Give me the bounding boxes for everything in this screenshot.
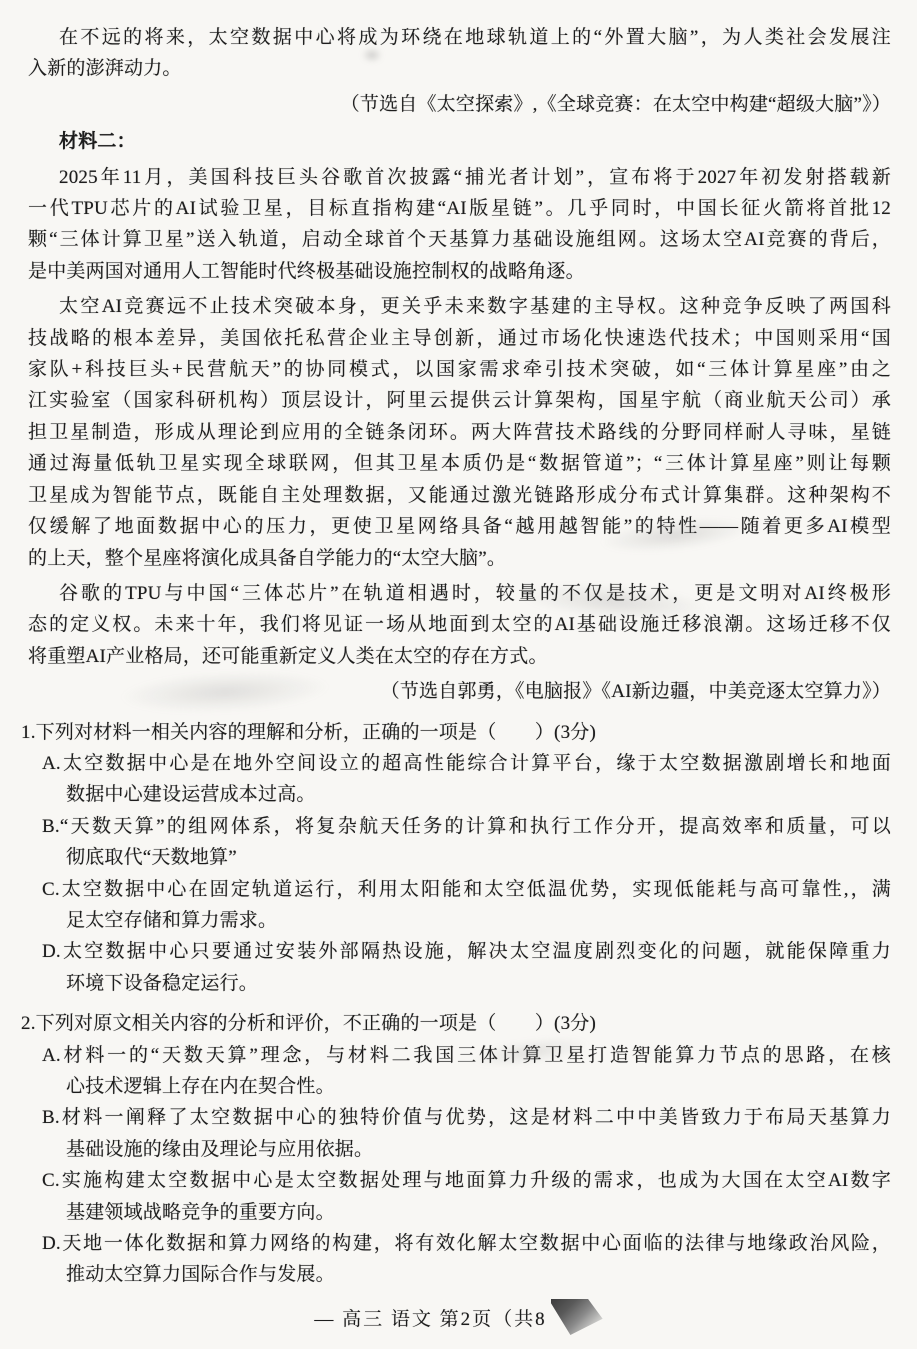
block-source: （节选自郭勇，《电脑报》《AI新边疆，中美竞逐太空算力》）	[28, 676, 891, 707]
option-line: 推动太空算力国际合作与发展。	[28, 1259, 891, 1290]
paragraph-line: 的上天，整个星座将演化成具备自学能力的“太空大脑”。	[28, 543, 891, 574]
paragraph-line: 将重塑AI产业格局，还可能重新定义人类在太空的存在方式。	[28, 641, 891, 672]
paragraph-line: 江实验室（国家科研机构）顶层设计，阿里云提供云计算架构，国星宇航（商业航天公司）…	[28, 385, 891, 416]
option-line: 数据中心建设运营成本过高。	[28, 779, 891, 810]
option-line: D.太空数据中心只要通过安装外部隔热设施，解决太空温度剧烈变化的问题，就能保障重…	[28, 936, 891, 967]
block-question: 1.下列对材料一相关内容的理解和分析，正确的一项是（ ）(3分)A.太空数据中心…	[28, 717, 891, 1000]
source-attribution: （节选自《太空探索》,《全球竞赛：在太空中构建“超级大脑”》）	[28, 89, 891, 120]
option-line: 彻底取代“天数地算”	[28, 842, 891, 873]
option-line: 基础设施的缘由及理论与应用依据。	[28, 1134, 891, 1165]
block-para: 在不远的将来，太空数据中心将成为环绕在地球轨道上的“外置大脑”，为人类社会发展注…	[28, 22, 891, 85]
paragraph-line: 一代TPU芯片的AI试验卫星，目标直指构建“AI版星链”。几乎同时，中国长征火箭…	[28, 193, 891, 224]
block-question: 2.下列对原文相关内容的分析和评价，不正确的一项是（ ）(3分)A.材料一的“天…	[28, 1008, 891, 1291]
paragraph-line: 谷歌的TPU与中国“三体芯片”在轨道相遇时，较量的不仅是技术，更是文明对AI终极…	[28, 578, 891, 609]
option-line: A.材料一的“天数天算”理念，与材料二我国三体计算卫星打造智能算力节点的思路，在…	[28, 1040, 891, 1071]
question-stem: 1.下列对材料一相关内容的理解和分析，正确的一项是（ ）(3分)	[21, 717, 891, 748]
exam-page: 在不远的将来，太空数据中心将成为环绕在地球轨道上的“外置大脑”，为人类社会发展注…	[0, 0, 917, 1349]
block-heading: 材料二：	[28, 126, 891, 157]
paragraph-line: 技战略的根本差异，美国依托私营企业主导创新，通过市场化快速迭代技术；中国则采用“…	[28, 323, 891, 354]
block-para: 2025年11月，美国科技巨头谷歌首次披露“捕光者计划”，宣布将于2027年初发…	[28, 162, 891, 288]
page-footer: — 高三 语文 第2页（共8	[0, 1299, 917, 1335]
paragraph-line: 卫星成为智能节点，既能自主处理数据，又能通过激光链路形成分布式计算集群。这种架构…	[28, 480, 891, 511]
option-line: C.太空数据中心在固定轨道运行，利用太阳能和太空低温优势，实现低能耗与高可靠性,…	[28, 874, 891, 905]
block-para: 太空AI竞赛远不止技术突破本身，更关乎未来数字基建的主导权。这种竞争反映了两国科…	[28, 291, 891, 574]
material-heading: 材料二：	[28, 126, 891, 157]
page-curl-icon	[551, 1299, 603, 1335]
paragraph-line: 仅缓解了地面数据中心的压力，更使卫星网络具备“越用越智能”的特性——随着更多AI…	[28, 511, 891, 542]
option-line: 环境下设备稳定运行。	[28, 968, 891, 999]
option-line: B.材料一阐释了太空数据中心的独特价值与优势，这是材料二中中美皆致力于布局天基算…	[28, 1102, 891, 1133]
paragraph-line: 态的定义权。未来十年，我们将见证一场从地面到太空的AI基础设施迁移浪潮。这场迁移…	[28, 609, 891, 640]
block-para: 谷歌的TPU与中国“三体芯片”在轨道相遇时，较量的不仅是技术，更是文明对AI终极…	[28, 578, 891, 672]
paragraph-line: 颗“三体计算卫星”送入轨道，启动全球首个天基算力基础设施组网。这场太空AI竞赛的…	[28, 224, 891, 255]
document-body: 在不远的将来，太空数据中心将成为环绕在地球轨道上的“外置大脑”，为人类社会发展注…	[28, 22, 891, 1291]
paragraph-line: 是中美两国对通用人工智能时代终极基础设施控制权的战略角逐。	[28, 256, 891, 287]
option-line: 心技术逻辑上存在内在契合性。	[28, 1071, 891, 1102]
paragraph-line: 通过海量低轨卫星实现全球联网，但其卫星本质仍是“数据管道”；“三体计算星座”则让…	[28, 448, 891, 479]
option-line: A.太空数据中心是在地外空间设立的超高性能综合计算平台，缘于太空数据激剧增长和地…	[28, 748, 891, 779]
option-line: D.天地一体化数据和算力网络的构建，将有效化解太空数据中心面临的法律与地缘政治风…	[28, 1228, 891, 1259]
option-line: B.“天数天算”的组网体系，将复杂航天任务的计算和执行工作分开，提高效率和质量，…	[28, 811, 891, 842]
option-line: C.实施构建太空数据中心是太空数据处理与地面算力升级的需求，也成为大国在太空AI…	[28, 1165, 891, 1196]
question-stem: 2.下列对原文相关内容的分析和评价，不正确的一项是（ ）(3分)	[21, 1008, 891, 1039]
paragraph-line: 2025年11月，美国科技巨头谷歌首次披露“捕光者计划”，宣布将于2027年初发…	[28, 162, 891, 193]
footer-text: — 高三 语文 第2页（共8	[314, 1309, 546, 1330]
block-source: （节选自《太空探索》,《全球竞赛：在太空中构建“超级大脑”》）	[28, 89, 891, 120]
paragraph-line: 担卫星制造，形成从理论到应用的全链条闭环。两大阵营技术路线的分野同样耐人寻味，星…	[28, 417, 891, 448]
source-attribution: （节选自郭勇，《电脑报》《AI新边疆，中美竞逐太空算力》）	[28, 676, 891, 707]
paragraph-line: 太空AI竞赛远不止技术突破本身，更关乎未来数字基建的主导权。这种竞争反映了两国科	[28, 291, 891, 322]
paragraph-line: 家队+科技巨头+民营航天”的协同模式，以国家需求牵引技术突破，如“三体计算星座”…	[28, 354, 891, 385]
option-line: 足太空存储和算力需求。	[28, 905, 891, 936]
option-line: 基建领域战略竞争的重要方向。	[28, 1197, 891, 1228]
paragraph-line: 入新的澎湃动力。	[28, 53, 891, 84]
paragraph-line: 在不远的将来，太空数据中心将成为环绕在地球轨道上的“外置大脑”，为人类社会发展注	[28, 22, 891, 53]
